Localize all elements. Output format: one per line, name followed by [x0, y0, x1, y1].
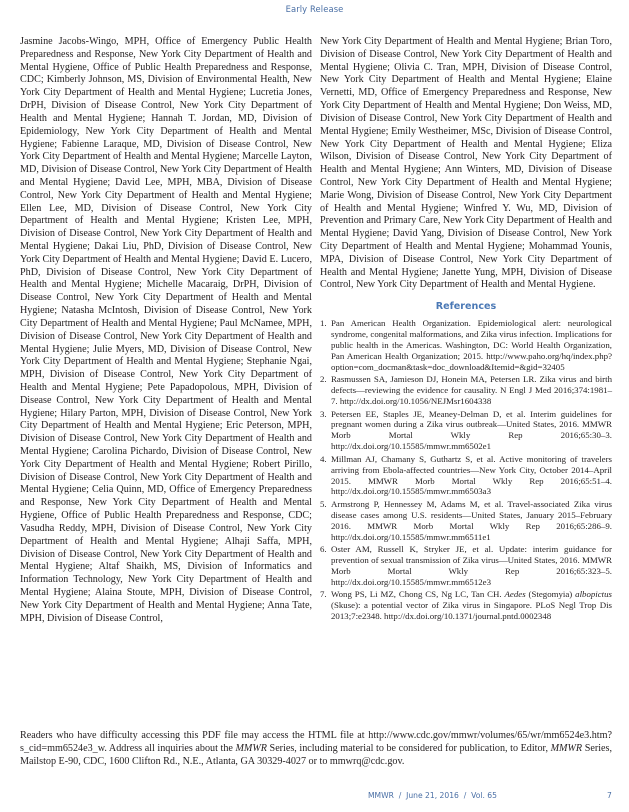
- species-name: albopictus: [575, 589, 612, 599]
- reference-item: 2.Rasmussen SA, Jamieson DJ, Honein MA, …: [320, 374, 612, 407]
- acknowledgments-right-text: New York City Department of Health and M…: [320, 36, 612, 292]
- reference-item: 5.Armstrong P, Hennessey M, Adams M, et …: [320, 499, 612, 543]
- acknowledgments-left-column: Jasmine Jacobs-Wingo, MPH, Office of Eme…: [20, 36, 312, 625]
- reference-text: Millman AJ, Chamany S, Guthartz S, et al…: [331, 454, 612, 497]
- journal-citation: MMWR / June 21, 2016 / Vol. 65: [368, 791, 497, 800]
- references-list: 1.Pan American Health Organization. Epid…: [320, 318, 612, 622]
- reference-text: Armstrong P, Hennessey M, Adams M, et al…: [331, 499, 612, 542]
- reference-item: 4.Millman AJ, Chamany S, Guthartz S, et …: [320, 454, 612, 498]
- reference-item: 3.Petersen EE, Staples JE, Meaney-Delman…: [320, 409, 612, 453]
- mmwr-italic: MMWR: [235, 743, 267, 754]
- reference-text: Pan American Health Organization. Epidem…: [331, 318, 612, 372]
- genus-name: Aedes: [505, 589, 526, 599]
- reference-item: 7.Wong PS, Li MZ, Chong CS, Ng LC, Tan C…: [320, 589, 612, 622]
- accessibility-note: Readers who have difficulty accessing th…: [20, 730, 612, 768]
- reference-text: Oster AM, Russell K, Stryker JE, et al. …: [331, 544, 612, 587]
- reference-text: Rasmussen SA, Jamieson DJ, Honein MA, Pe…: [331, 374, 612, 406]
- reference-text: Petersen EE, Staples JE, Meaney-Delman D…: [331, 409, 612, 452]
- reference-item: 1.Pan American Health Organization. Epid…: [320, 318, 612, 373]
- mmwr-italic: MMWR: [551, 743, 583, 754]
- page-number: 7: [607, 791, 612, 800]
- references-heading: References: [320, 301, 612, 314]
- reference-item: 6.Oster AM, Russell K, Stryker JE, et al…: [320, 544, 612, 588]
- acknowledgments-right-column: New York City Department of Health and M…: [320, 36, 612, 624]
- early-release-header: Early Release: [0, 4, 629, 14]
